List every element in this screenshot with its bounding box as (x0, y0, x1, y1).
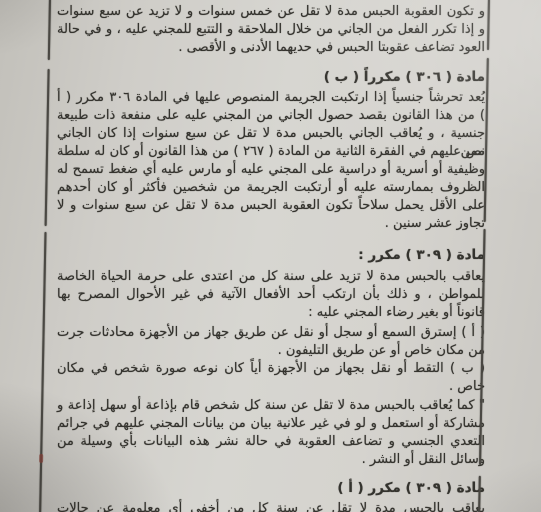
change-bar-segment (39, 232, 47, 512)
text-line: وظيفية أو أسرية أو دراسية على المجني علي… (57, 161, 485, 179)
text-line: من مكان خاص أو عن طريق التليفون . (57, 342, 485, 360)
photographed-document-page: و تكون العقوبة الحبس مدة لا تقل عن خمس س… (0, 0, 541, 512)
article-heading-309-bis: مادة ( ٣٠٩ ) مكرر : (57, 245, 485, 265)
list-item-b: ( ب ) التقط أو نقل بجهاز من الأجهزة أياً… (57, 360, 485, 378)
text-line: وسائل النقل أو النشر . (57, 451, 485, 469)
article-heading-306-bis-b: مادة ( ٣٠٦ ) مكرراً ( ب ) (57, 67, 485, 87)
text-line: ) من هذا القانون بقصد حصول الجاني من الم… (57, 107, 485, 125)
text-line: و إذا تكرر الفعل من الجاني من خلال الملا… (57, 21, 485, 39)
text-line: التعدي الجنسي و تضاعف العقوبة في حالة نش… (57, 433, 485, 451)
text-line: مشاركة أو استعمل و لو في غير علانية بيان… (57, 415, 485, 433)
text-line-cut-off: يعاقب بالحبس مدة لا تقل عن سنة كل من أخف… (57, 500, 485, 512)
text-line: يعاقب بالحبس مدة لا تزيد على سنة كل من ا… (57, 268, 485, 286)
list-item-a: ( أ ) إسترق السمع أو سجل أو نقل عن طريق … (57, 324, 485, 342)
change-bar-segment (478, 476, 481, 512)
text-line: على الأقل يحمل سلاحاً تكون العقوبة الحبس… (57, 197, 485, 215)
text-line: و تكون العقوبة الحبس مدة لا تقل عن خمس س… (57, 3, 485, 21)
text-line: العود تضاعف عقوبتا الحبس في حديهما الأدن… (57, 39, 485, 57)
article-heading-309-bis-a: مادة ( ٣٠٩ ) مكرر ( أ ) (57, 478, 485, 498)
text-line: خاص . (57, 378, 485, 396)
left-change-bar (39, 0, 52, 512)
text-line: يُعد تحرشاً جنسياً إذا ارتكبت الجريمة ال… (57, 89, 485, 107)
text-line: تجاوز عشر سنين . (57, 215, 485, 233)
legal-text-block: و تكون العقوبة الحبس مدة لا تقل عن خمس س… (57, 0, 485, 512)
text-line: نص عليهم في الفقرة الثانية من المادة ( ٢… (57, 143, 485, 161)
red-ink-mark (39, 454, 43, 463)
text-line: جنسية ، و يُعاقب الجاني بالحبس مدة لا تق… (57, 125, 485, 143)
text-line: قانوناً أو بغير رضاء المجني عليه : (57, 304, 485, 322)
change-bar-segment (48, 0, 52, 60)
text-line: الظروف بممارسته عليه أو أرتكبت الجريمة م… (57, 179, 485, 197)
text-line: للمواطن ، و ذلك بأن ارتكب أحد الأفعال ال… (57, 286, 485, 304)
change-bar-segment (487, 0, 490, 50)
change-bar-segment (45, 69, 50, 226)
text-line: " كما يُعاقب بالحبس مدة لا تقل عن سنة كل… (57, 397, 485, 415)
